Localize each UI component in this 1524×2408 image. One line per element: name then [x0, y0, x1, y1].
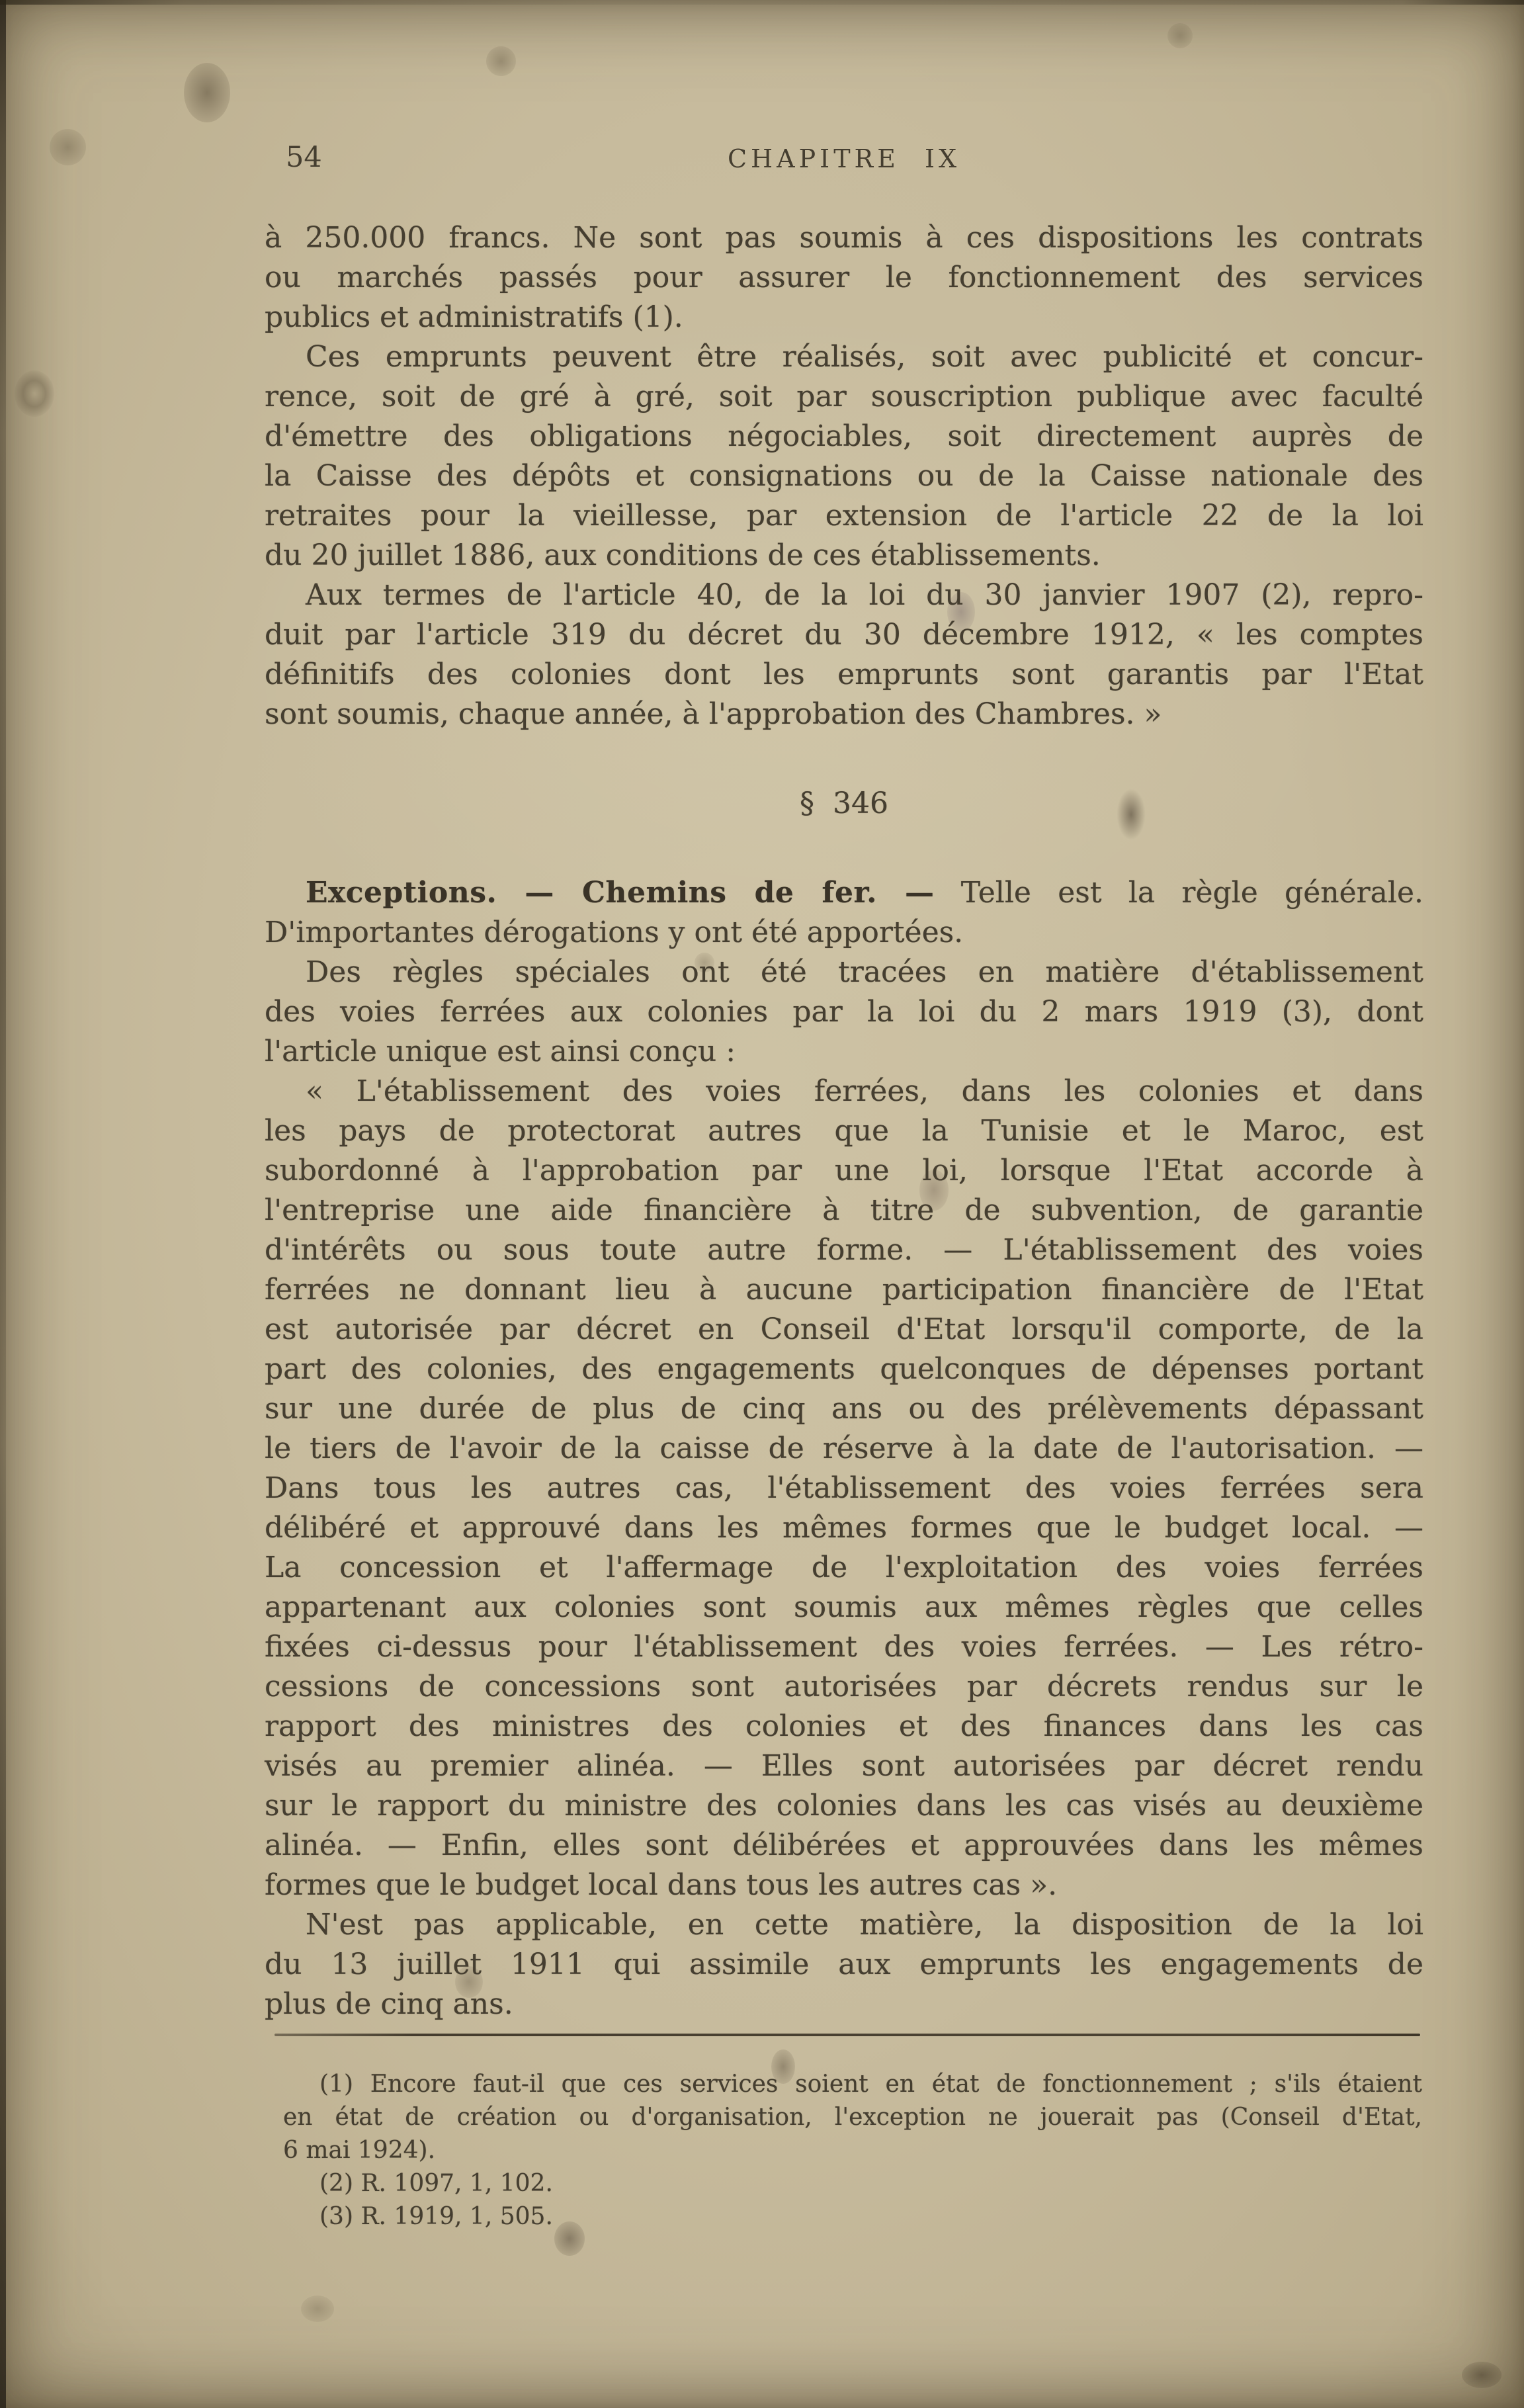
- text-line: sur une durée de plus de cinq ans ou des…: [265, 1389, 1423, 1429]
- text-line: du 13 juillet 1911 qui assimile aux empr…: [265, 1945, 1423, 1985]
- text-line: La concession et l'affermage de l'exploi…: [265, 1548, 1423, 1588]
- text-line: Des règles spéciales ont été tracées en …: [265, 953, 1423, 992]
- text-line: l'entreprise une aide financière à titre…: [265, 1191, 1423, 1230]
- stain: [1462, 2362, 1502, 2388]
- paragraph: (1) Encore faut-il que ces services soie…: [283, 2068, 1422, 2167]
- text-line: duit par l'article 319 du décret du 30 d…: [265, 615, 1423, 655]
- text-line: ferrées ne donnant lieu à aucune partici…: [265, 1270, 1423, 1310]
- text-line: formes que le budget local dans tous les…: [265, 1866, 1423, 1905]
- paragraph: « L'établissement des voies ferrées, dan…: [265, 1072, 1423, 1905]
- stain: [1167, 23, 1193, 48]
- text-line: 6 mai 1924).: [283, 2134, 1422, 2167]
- text-line: « L'établissement des voies ferrées, dan…: [265, 1072, 1423, 1111]
- text-line: plus de cinq ans.: [265, 1985, 1423, 2024]
- text-line: D'importantes dérogations y ont été appo…: [265, 913, 1423, 953]
- text-line: (2) R. 1097, 1, 102.: [283, 2167, 1422, 2200]
- text-line: rapport des ministres des colonies et de…: [265, 1707, 1423, 1746]
- text-line: les pays de protectorat autres que la Tu…: [265, 1111, 1423, 1151]
- paragraph: (2) R. 1097, 1, 102.: [283, 2167, 1422, 2200]
- text-line: en état de création ou d'organisation, l…: [283, 2101, 1422, 2134]
- text-line: fixées ci-dessus pour l'établissement de…: [265, 1627, 1423, 1667]
- text-column: à 250.000 francs. Ne sont pas soumis à c…: [265, 218, 1423, 2024]
- paragraph: à 250.000 francs. Ne sont pas soumis à c…: [265, 218, 1423, 337]
- text-line: d'intérêts ou sous toute autre forme. — …: [265, 1230, 1423, 1270]
- text-line: délibéré et approuvé dans les mêmes form…: [265, 1508, 1423, 1548]
- text-line: ou marchés passés pour assurer le foncti…: [265, 258, 1423, 298]
- text-line: l'article unique est ainsi conçu :: [265, 1032, 1423, 1072]
- stain: [50, 129, 86, 165]
- stain: [301, 2296, 334, 2322]
- text-line: Aux termes de l'article 40, de la loi du…: [265, 576, 1423, 615]
- footnote-separator: [275, 2034, 1420, 2036]
- stain: [15, 370, 54, 417]
- text-line: sont soumis, chaque année, à l'approbati…: [265, 695, 1423, 734]
- text-line: Dans tous les autres cas, l'établissemen…: [265, 1469, 1423, 1508]
- text-line: définitifs des colonies dont les emprunt…: [265, 655, 1423, 695]
- paragraph: (3) R. 1919, 1, 505.: [283, 2200, 1422, 2233]
- text-line: des voies ferrées aux colonies par la lo…: [265, 992, 1423, 1032]
- lead-phrase: Exceptions. — Chemins de fer. —: [306, 876, 935, 910]
- text-line: appartenant aux colonies sont soumis aux…: [265, 1588, 1423, 1627]
- section-heading: § 346: [265, 784, 1423, 824]
- paragraph: Ces emprunts peuvent être réalisés, soit…: [265, 337, 1423, 576]
- text-line: Exceptions. — Chemins de fer. — Telle es…: [265, 873, 1423, 913]
- paragraph: Aux termes de l'article 40, de la loi du…: [265, 576, 1423, 734]
- text-line: cessions de concessions sont autorisées …: [265, 1667, 1423, 1707]
- text-line: subordonné à l'approbation par une loi, …: [265, 1151, 1423, 1191]
- paragraph: N'est pas applicable, en cette matière, …: [265, 1905, 1423, 2024]
- text-line: alinéa. — Enfin, elles sont délibérées e…: [265, 1826, 1423, 1866]
- scan-edge-top: [0, 0, 1524, 5]
- text-line: part des colonies, des engagements quelc…: [265, 1350, 1423, 1389]
- chapter-title: CHAPITRE IX: [728, 144, 960, 173]
- stain: [184, 63, 230, 122]
- text-line: Ces emprunts peuvent être réalisés, soit…: [265, 337, 1423, 377]
- scan-edge-left: [0, 0, 6, 2408]
- text-line: est autorisée par décret en Conseil d'Et…: [265, 1310, 1423, 1350]
- text-line: retraites pour la vieillesse, par extens…: [265, 496, 1423, 536]
- text-line: (1) Encore faut-il que ces services soie…: [283, 2068, 1422, 2101]
- book-page: 54 CHAPITRE IX à 250.000 francs. Ne sont…: [0, 0, 1524, 2408]
- text-line: visés au premier alinéa. — Elles sont au…: [265, 1746, 1423, 1786]
- text-line: sur le rapport du ministre des colonies …: [265, 1786, 1423, 1826]
- text-line: d'émettre des obligations négociables, s…: [265, 417, 1423, 456]
- stain: [486, 46, 516, 76]
- text-line: la Caisse des dépôts et consignations ou…: [265, 456, 1423, 496]
- paragraph: Des règles spéciales ont été tracées en …: [265, 953, 1423, 1072]
- text-line: le tiers de l'avoir de la caisse de rése…: [265, 1429, 1423, 1469]
- footnotes: (1) Encore faut-il que ces services soie…: [283, 2068, 1422, 2233]
- text-line: publics et administratifs (1).: [265, 298, 1423, 337]
- paragraph: Exceptions. — Chemins de fer. — Telle es…: [265, 873, 1423, 953]
- text-line: N'est pas applicable, en cette matière, …: [265, 1905, 1423, 1945]
- page-number: 54: [286, 140, 322, 175]
- text-line: du 20 juillet 1886, aux conditions de ce…: [265, 536, 1423, 576]
- page-header: 54 CHAPITRE IX: [265, 140, 1423, 180]
- text-line: (3) R. 1919, 1, 505.: [283, 2200, 1422, 2233]
- text-line: à 250.000 francs. Ne sont pas soumis à c…: [265, 218, 1423, 258]
- text-line: rence, soit de gré à gré, soit par sousc…: [265, 377, 1423, 417]
